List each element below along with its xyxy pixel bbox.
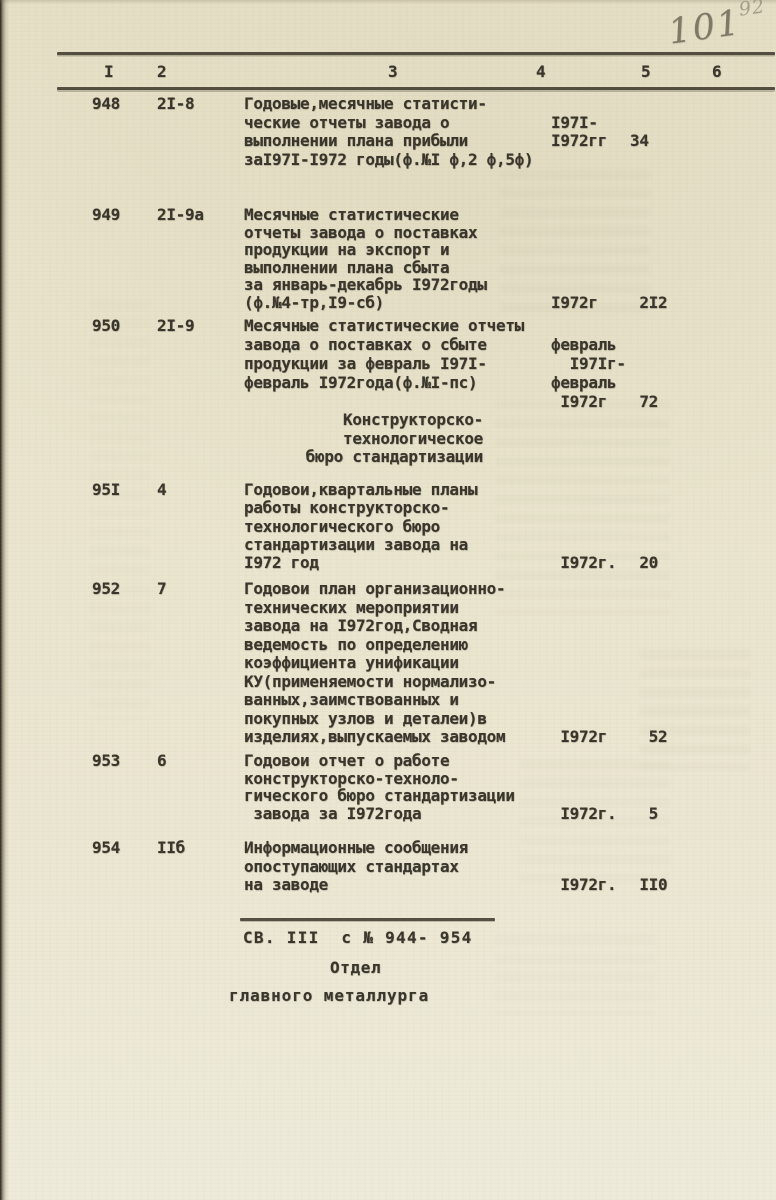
entry-count: 5 xyxy=(630,752,658,822)
entry-index-code: 4 xyxy=(157,481,166,499)
entry-count: 52 xyxy=(630,580,667,747)
page-number-superscript: 92 xyxy=(738,0,767,21)
entry-dates: I972г. xyxy=(551,481,616,572)
bleed-through-ghost xyxy=(90,300,150,720)
footer-department-line2: главного металлурга xyxy=(229,986,429,1005)
column-header-1: I xyxy=(104,62,113,81)
entry-number: 950 xyxy=(92,316,120,335)
entry-number: 952 xyxy=(92,580,120,599)
entry-description: Месячные статистические отчеты завода о … xyxy=(244,316,524,392)
entry-count: 20 xyxy=(630,481,658,572)
entry-description: Месячные статистические отчеты завода о … xyxy=(244,206,487,311)
entry-dates: февраль I97Iг- февраль I972г xyxy=(551,316,626,411)
entry-number: 953 xyxy=(92,752,120,770)
entry-number: 954 xyxy=(92,839,120,858)
scanned-archival-inventory-page: 10192 I 2 3 4 5 6 9482I-8Годовые,месячны… xyxy=(0,0,776,1200)
entry-description: Годовои,квартальные планы работы констру… xyxy=(244,481,477,572)
entry-count: II0 xyxy=(630,839,667,895)
column-header-5: 5 xyxy=(641,62,650,81)
footer-summary-rule xyxy=(240,918,495,921)
handwritten-page-number: 10192 xyxy=(665,0,769,53)
footer-department-line1: Отдел xyxy=(330,958,381,977)
entry-count: 2I2 xyxy=(630,206,667,311)
page-left-edge-shadow xyxy=(0,0,9,1200)
header-underline-rule xyxy=(57,87,775,90)
column-header-2: 2 xyxy=(157,62,166,81)
entry-count: 34 xyxy=(630,95,649,151)
entry-description: Годовои отчет о работе конструкторско-те… xyxy=(244,752,515,822)
entry-index-code: 6 xyxy=(157,752,166,770)
entry-index-code: 2I-8 xyxy=(157,95,194,114)
entry-description: Годовые,месячные статисти- ческие отчеты… xyxy=(244,95,533,169)
entry-index-code: IIб xyxy=(157,839,185,858)
entry-number: 948 xyxy=(92,95,120,114)
table-top-rule xyxy=(57,52,775,55)
entry-dates: I972г. xyxy=(551,752,616,822)
column-header-4: 4 xyxy=(536,62,545,81)
section-heading-bureau: Конструкторско- технологическое бюро ста… xyxy=(250,411,483,467)
entry-description: Информационные сообщения опоступающих ст… xyxy=(244,839,468,895)
entry-dates: I972г xyxy=(551,206,598,311)
page-top-edge-shadow xyxy=(0,0,776,4)
column-header-6: 6 xyxy=(712,62,721,81)
entry-index-code: 2I-9а xyxy=(157,206,204,224)
page-number: 101 xyxy=(666,3,744,53)
entry-number: 949 xyxy=(92,206,120,224)
footer-summary: СВ. III с № 944- 954 xyxy=(243,928,473,947)
bleed-through-ghost xyxy=(495,935,655,1015)
entry-index-code: 7 xyxy=(157,580,166,599)
entry-index-code: 2I-9 xyxy=(157,316,194,335)
entry-description: Годовои план организационно- технических… xyxy=(244,580,505,747)
entry-dates: I972г xyxy=(551,580,607,747)
entry-number: 95I xyxy=(92,481,120,499)
entry-dates: I97I- I972гг xyxy=(551,95,607,151)
entry-dates: I972г. xyxy=(551,839,616,895)
entry-count: 72 xyxy=(630,316,658,411)
column-header-3: 3 xyxy=(388,62,397,81)
